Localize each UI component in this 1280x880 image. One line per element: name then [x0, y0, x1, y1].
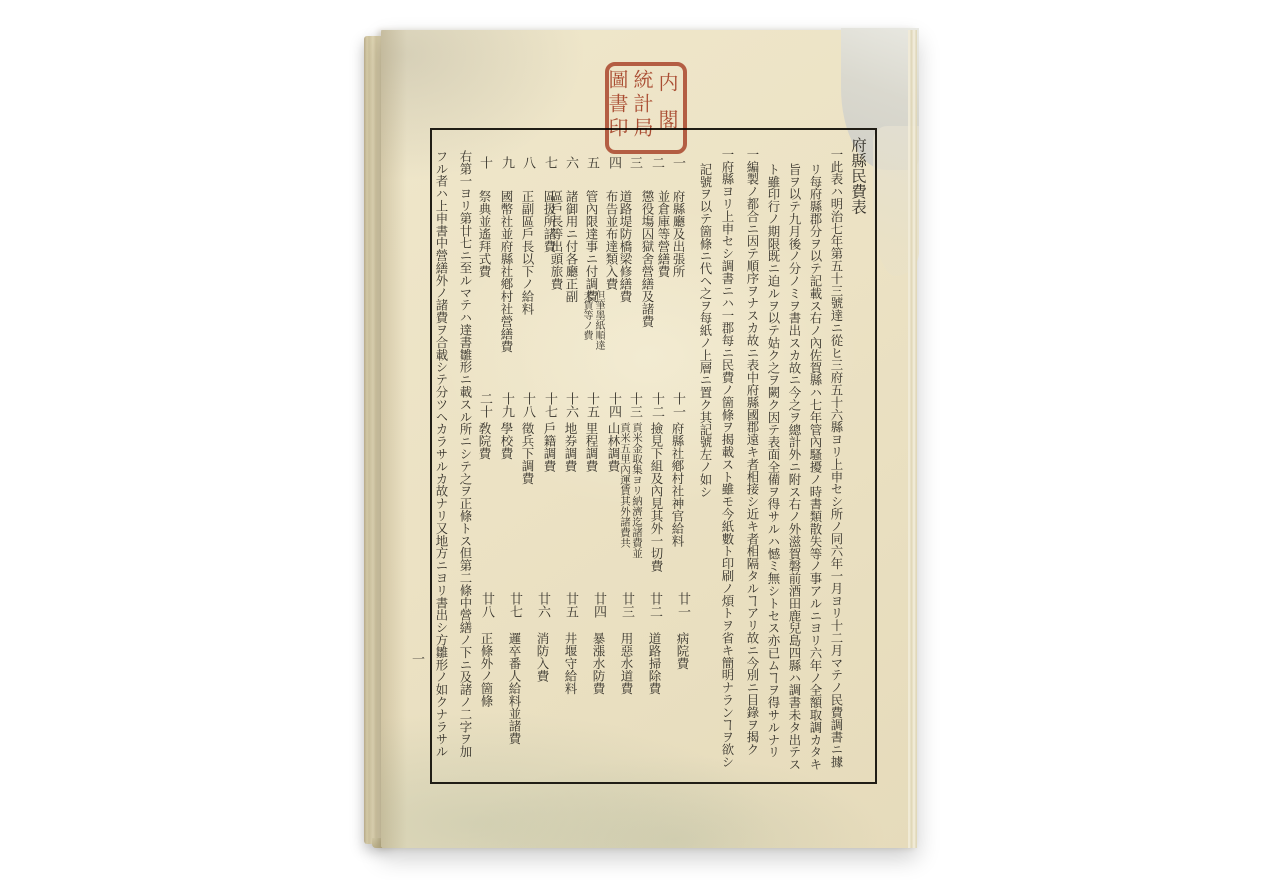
paragraph1-line1: 一此表ハ明治七年第五十三號達ニ從ヒ三府五十六縣ヨリ上申セシ所ノ同六年一月ヨリ十二…	[827, 148, 845, 768]
item-text-16: 地券調費	[561, 422, 579, 472]
item-text-24: 暴漲水防費	[589, 632, 607, 695]
item-number-1: 一	[668, 156, 686, 169]
item-number-17: 十七	[540, 392, 558, 418]
item-number-5: 五	[582, 156, 600, 169]
item-number-2: 二	[647, 156, 665, 169]
item-number-13: 十三	[625, 392, 643, 418]
item-text-22: 道路掃除費	[645, 632, 663, 695]
document-page: 内閣 統計局 圖書印 府縣民費表 一此表ハ明治七年第五十三號達ニ從ヒ三府五十六縣…	[381, 30, 917, 848]
paragraph3-line2: 記號ヲ以テ箇條ニ代ヘ之ヲ每紙ノ上層ニ置ク其記號左ノ如シ	[696, 163, 714, 498]
item-text-28: 正條外ノ箇條	[477, 632, 495, 707]
document-title: 府縣民費表	[848, 137, 867, 215]
item-number-27: 廿七	[505, 592, 523, 618]
item-text-1: 府縣廳及出張所 並倉庫等營繕費	[656, 190, 686, 278]
item-text-19: 學校費	[497, 422, 515, 460]
page-number: 一	[407, 652, 425, 665]
item-number-25: 廿五	[561, 592, 579, 618]
item-text-5: 管內限達事ニ付調費	[582, 190, 600, 303]
item-number-10: 十	[475, 156, 493, 169]
paragraph2-line1: 一編製ノ都合ニ因テ順序ヲナスカ故ニ表中府縣國郡遠キ者相接シ近キ者相隔タルヿアリ故…	[743, 148, 761, 756]
item-text-1-line2: 並倉庫等營繕費	[656, 190, 671, 278]
item-text-4-main: 布告並布達類入費	[604, 190, 619, 350]
item-text-27: 邏卒番人給料並諸費	[505, 632, 523, 745]
item-number-26: 廿六	[533, 592, 551, 618]
item-number-7: 七	[540, 156, 558, 169]
item-number-21: 廿一	[673, 592, 691, 618]
item-text-14: 山林調費	[604, 422, 622, 472]
paragraph1-line3: 旨ヲ以テ九月後ノ分ノミヲ書出スカ故ニ今之ヲ總計外ニ附ス右ノ外滋賀磐前酒田鹿兒島四…	[785, 163, 803, 771]
stamp-column-3: 圖書印	[604, 69, 629, 147]
item-number-28: 廿八	[477, 592, 495, 618]
stamp-column-2: 統計局	[629, 69, 654, 147]
stamp-column-1: 内閣	[654, 69, 679, 147]
paragraph1-line4: ト雖印行ノ期限既ニ迫ルヲ以テ姑ク之ヲ闕ク因テ表面全備ヲ得サルハ憾ミ無シトセス亦已…	[764, 163, 782, 758]
item-number-14: 十四	[604, 392, 622, 418]
item-text-17: 戶籍調費	[540, 422, 558, 472]
item-number-22: 廿二	[645, 592, 663, 618]
item-text-1-line1: 府縣廳及出張所	[671, 190, 686, 278]
item-text-25: 井堰守給料	[561, 632, 579, 695]
closing-line2: フル者ハ上申書中營繕外ノ諸費ヲ合載シテ分ツヘカラサルカ故ナリ又地方ニヨリ書出シ方…	[432, 150, 450, 758]
item-text-18: 徵兵下調費	[518, 422, 536, 485]
page-curl-shadow	[381, 30, 407, 848]
item-number-24: 廿四	[589, 592, 607, 618]
item-text-12: 撿見下組及內見其外一切費	[647, 422, 665, 572]
item-text-13-line1: 貢米金取集ヨリ納濟迄諸費並	[631, 422, 643, 559]
item-text-21: 病院費	[673, 632, 691, 670]
item-number-9: 九	[497, 156, 515, 169]
paragraph3-line1: 一府縣ヨリ上申セシ調書ニハ一郡每ニ民費ノ箇條ヲ揭載スト雖モ今紙數ト印刷ノ煩トヲ省…	[718, 148, 736, 768]
item-number-18: 十八	[518, 392, 536, 418]
item-text-2: 懲役塲囚獄舍營繕及諸費	[638, 190, 656, 328]
item-number-23: 廿三	[617, 592, 635, 618]
library-seal-stamp: 内閣 統計局 圖書印	[605, 62, 687, 154]
item-text-11: 府縣社鄕村社神官給料	[668, 422, 686, 547]
item-number-15: 十五	[582, 392, 600, 418]
item-number-12: 十二	[647, 392, 665, 418]
item-number-16: 十六	[561, 392, 579, 418]
item-text-20: 敎院費	[475, 422, 493, 460]
item-text-26: 消防入費	[533, 632, 551, 682]
paragraph1-line2: リ每府縣郡分ヲ以テ記載ス右ノ內佐賀縣ハ七年管內騷擾ノ時書類散失等ノ事アルニヨリ六…	[806, 163, 824, 771]
item-text-8: 正副區戶長以下ノ給料	[518, 190, 536, 315]
item-number-8: 八	[518, 156, 536, 169]
item-number-20: 二十	[475, 392, 493, 418]
item-text-7: 區扱所諸費	[540, 190, 558, 253]
item-number-19: 十九	[497, 392, 515, 418]
item-text-23: 用惡水道費	[617, 632, 635, 695]
fore-edge-lines	[908, 30, 917, 848]
item-text-6-line1: 諸御用ニ付各廳正副	[564, 190, 579, 303]
item-number-4: 四	[604, 156, 622, 169]
photo-of-archival-document: 内閣 統計局 圖書印 府縣民費表 一此表ハ明治七年第五十三號達ニ從ヒ三府五十六縣…	[0, 0, 1280, 880]
item-text-15: 里程調費	[582, 422, 600, 472]
item-text-13: 貢米金取集ヨリ納濟迄諸費並 貢米五里內運賃其外諸費共	[619, 422, 643, 559]
item-text-10: 祭典並遙拜式費	[475, 190, 493, 278]
item-number-6: 六	[561, 156, 579, 169]
item-number-3: 三	[625, 156, 643, 169]
item-text-9: 國幣社並府縣社鄕村社營繕費	[497, 190, 515, 353]
closing-line1: 右第一ヨリ第廿七ニ至ルマテハ達書雛形ニ載スル所ニシテ之ヲ正條トス但第二條中營繕ノ…	[456, 150, 474, 758]
item-number-11: 十一	[668, 392, 686, 418]
